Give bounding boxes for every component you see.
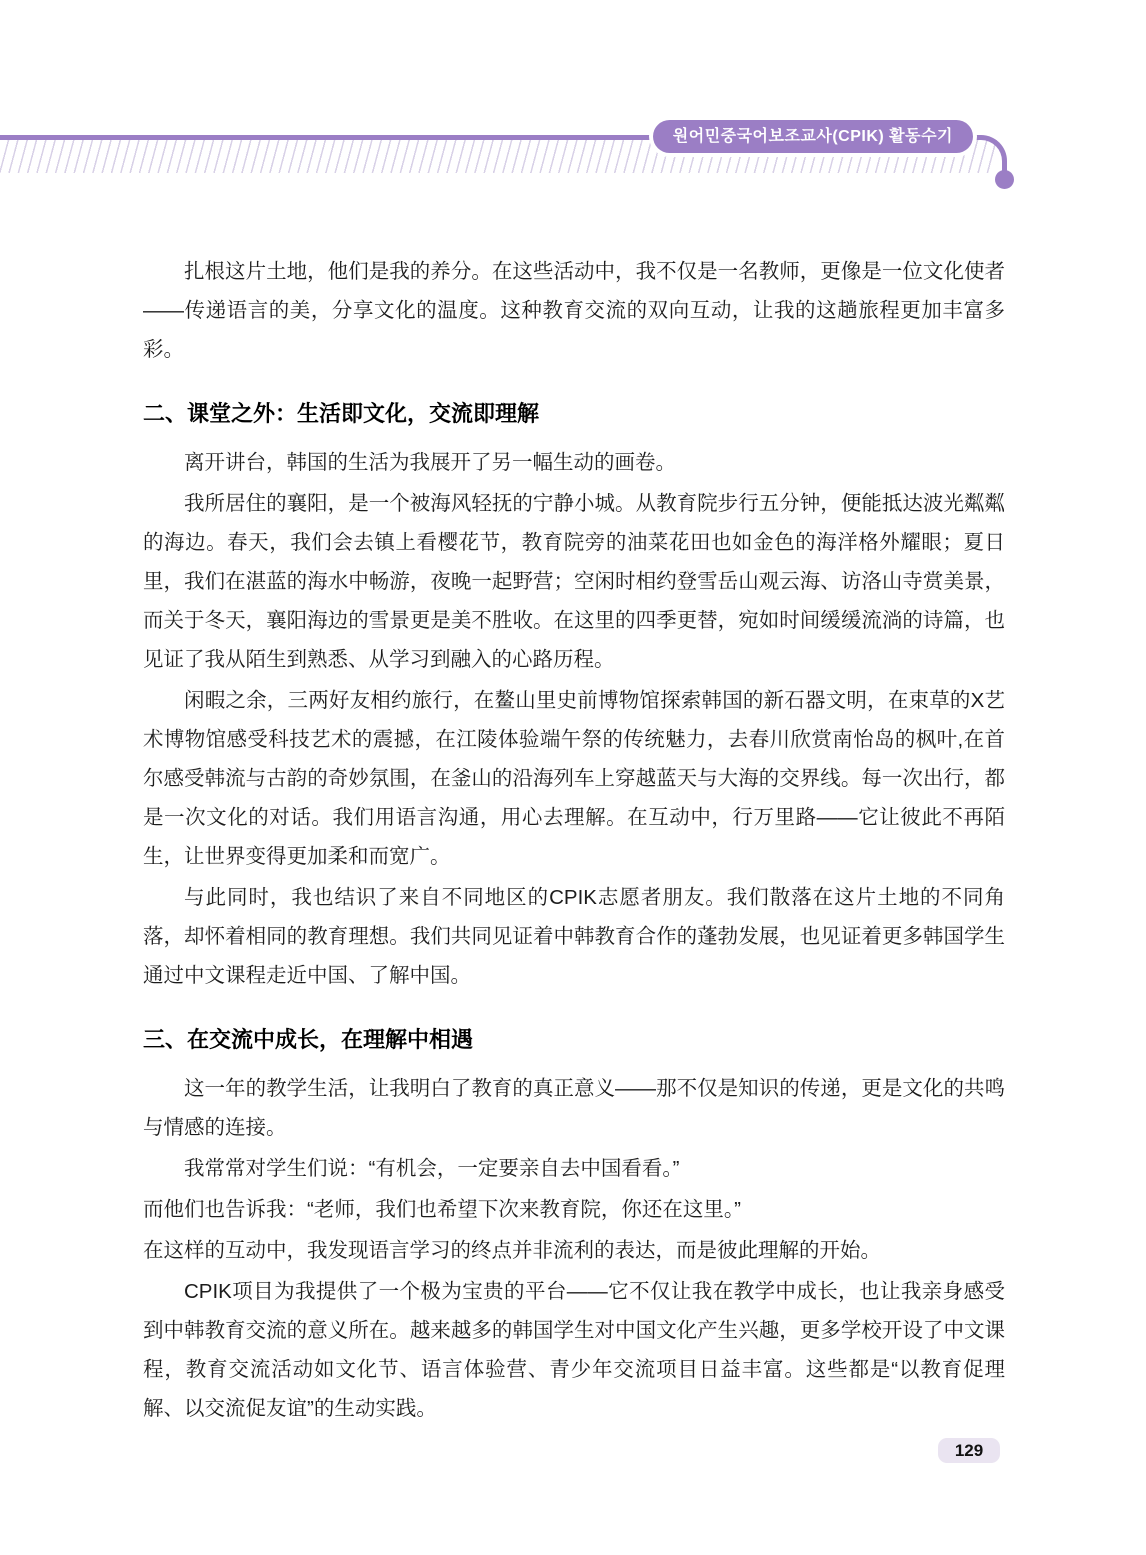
- chapter-title-badge: 원어민중국어보조교사(CPIK) 활동수기: [653, 120, 973, 153]
- paragraph: 我常常对学生们说：“有机会，一定要亲自去中国看看。”: [143, 1149, 1005, 1188]
- paragraph: CPIK项目为我提供了一个极为宝贵的平台——它不仅让我在教学中成长，也让我亲身感…: [143, 1272, 1005, 1428]
- paragraph: 这一年的教学生活，让我明白了教育的真正意义——那不仅是知识的传递，更是文化的共鸣…: [143, 1069, 1005, 1147]
- paragraph: 闲暇之余，三两好友相约旅行，在鳌山里史前博物馆探索韩国的新石器文明，在束草的X艺…: [143, 681, 1005, 876]
- paragraph: 与此同时，我也结识了来自不同地区的CPIK志愿者朋友。我们散落在这片土地的不同角…: [143, 878, 1005, 995]
- paragraph: 离开讲台，韩国的生活为我展开了另一幅生动的画卷。: [143, 443, 1005, 482]
- paragraph: 而他们也告诉我：“老师，我们也希望下次来教育院，你还在这里。”: [143, 1190, 1005, 1229]
- paragraph: 我所居住的襄阳，是一个被海风轻抚的宁静小城。从教育院步行五分钟，便能抵达波光粼粼…: [143, 484, 1005, 679]
- paragraph: 扎根这片土地，他们是我的养分。在这些活动中，我不仅是一名教师，更像是一位文化使者…: [143, 252, 1005, 369]
- section-heading: 三、在交流中成长，在理解中相遇: [143, 1025, 1005, 1055]
- article-body: 扎根这片土地，他们是我的养分。在这些活动中，我不仅是一名教师，更像是一位文化使者…: [143, 252, 1005, 1430]
- header-end-dot-icon: [995, 170, 1014, 189]
- page-number-badge: 129: [938, 1438, 1000, 1463]
- document-page: 원어민중국어보조교사(CPIK) 활동수기 扎根这片土地，他们是我的养分。在这些…: [0, 0, 1146, 1555]
- paragraph: 在这样的互动中，我发现语言学习的终点并非流利的表达，而是彼此理解的开始。: [143, 1231, 1005, 1270]
- section-heading: 二、课堂之外：生活即文化，交流即理解: [143, 399, 1005, 429]
